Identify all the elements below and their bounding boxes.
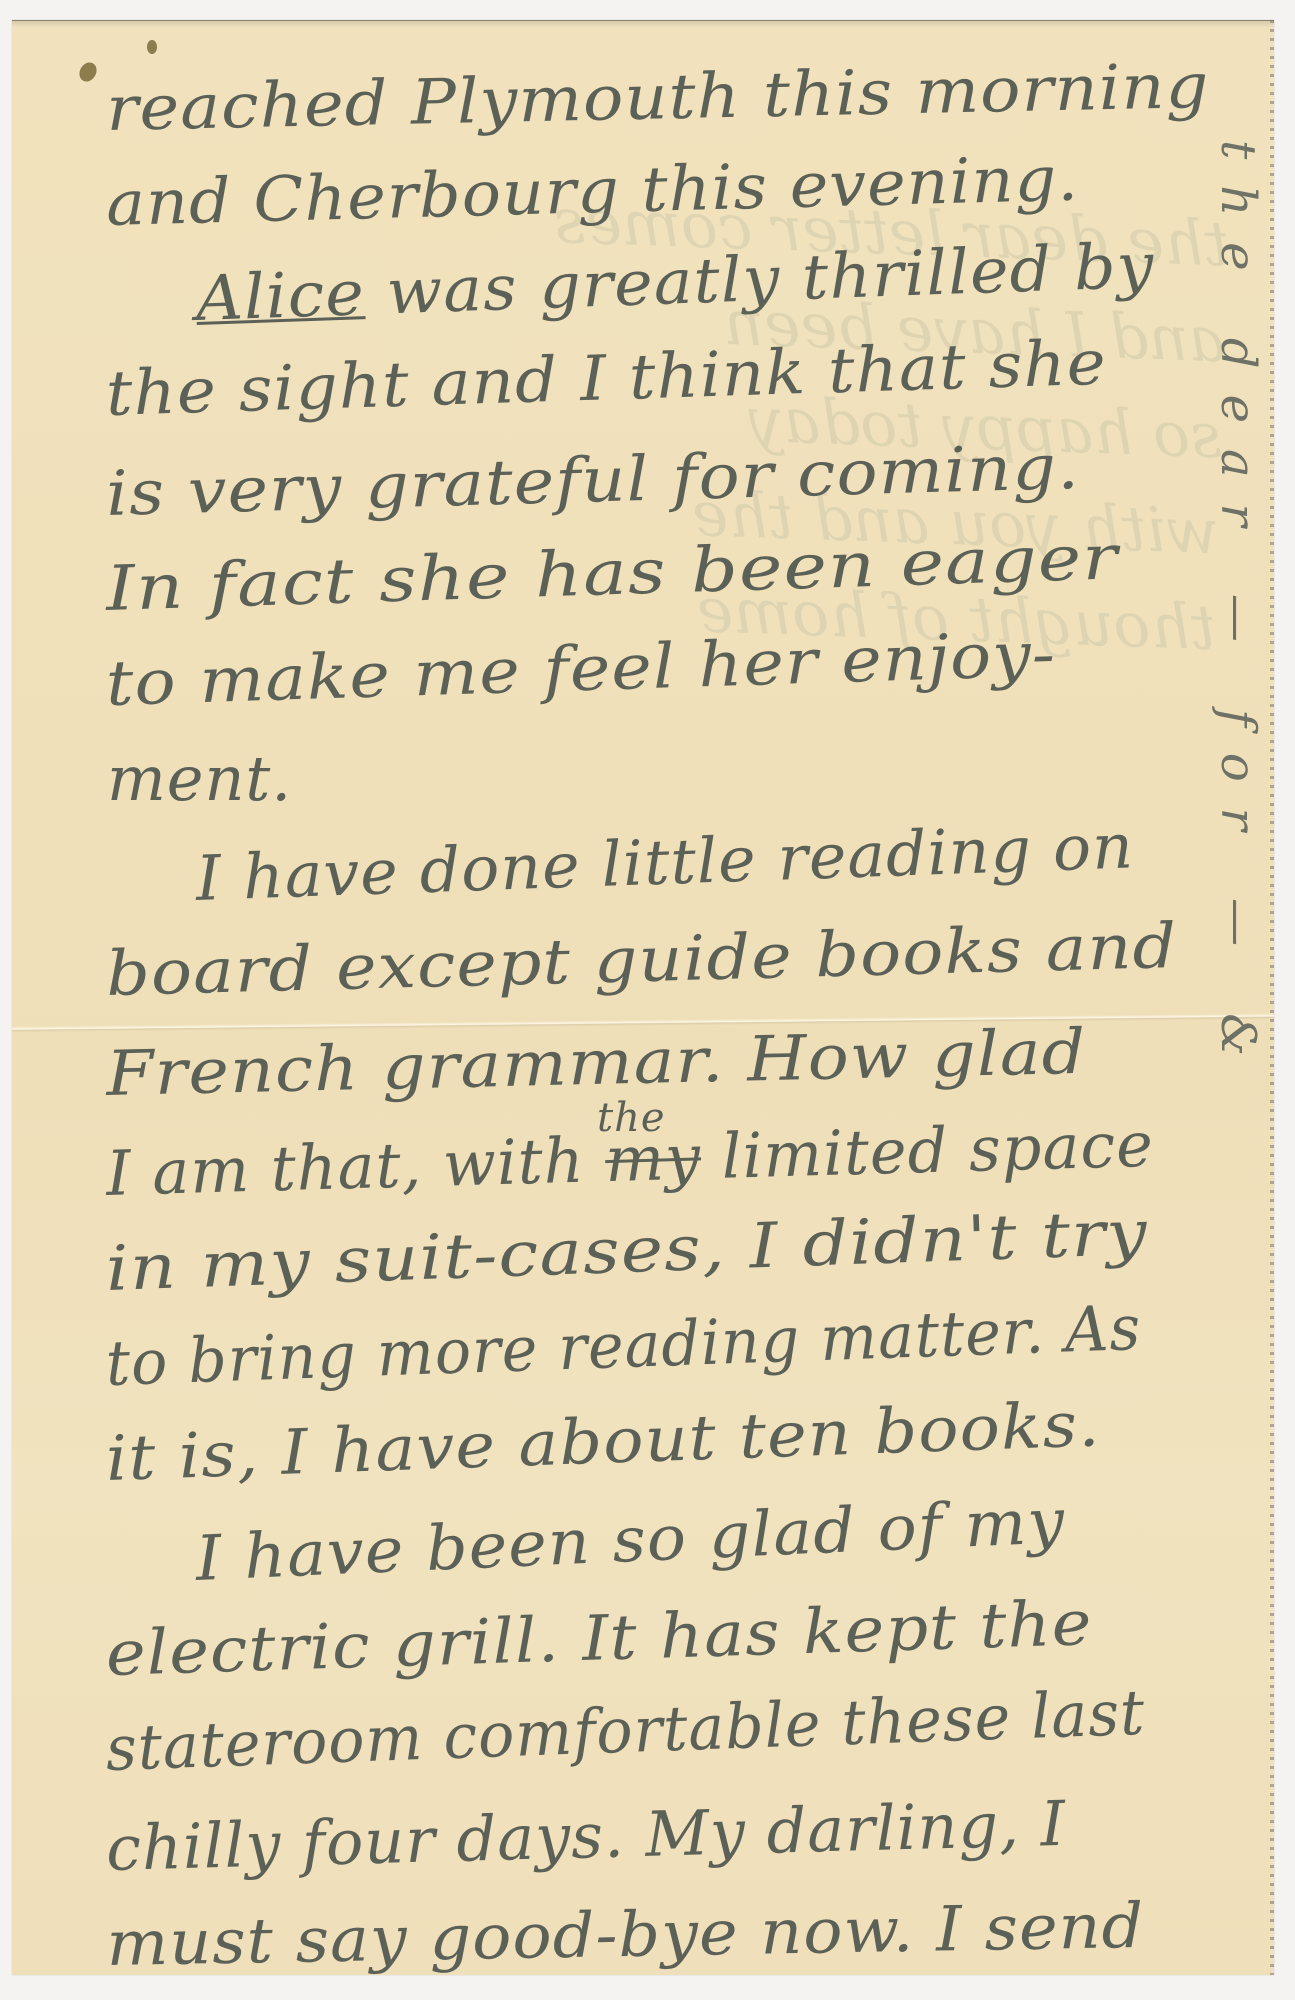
underlined-name: Alice <box>195 256 366 335</box>
inserted-word: the <box>597 1095 666 1141</box>
letter-page: the dear letter comes and I have been so… <box>12 20 1274 1975</box>
ink-stain <box>147 40 157 54</box>
ink-stain <box>76 59 100 84</box>
margin-note-vertical: the dear — for — & <box>1206 140 1266 1940</box>
paper-top-edge <box>12 20 1274 27</box>
paper-right-edge <box>1270 20 1274 1975</box>
